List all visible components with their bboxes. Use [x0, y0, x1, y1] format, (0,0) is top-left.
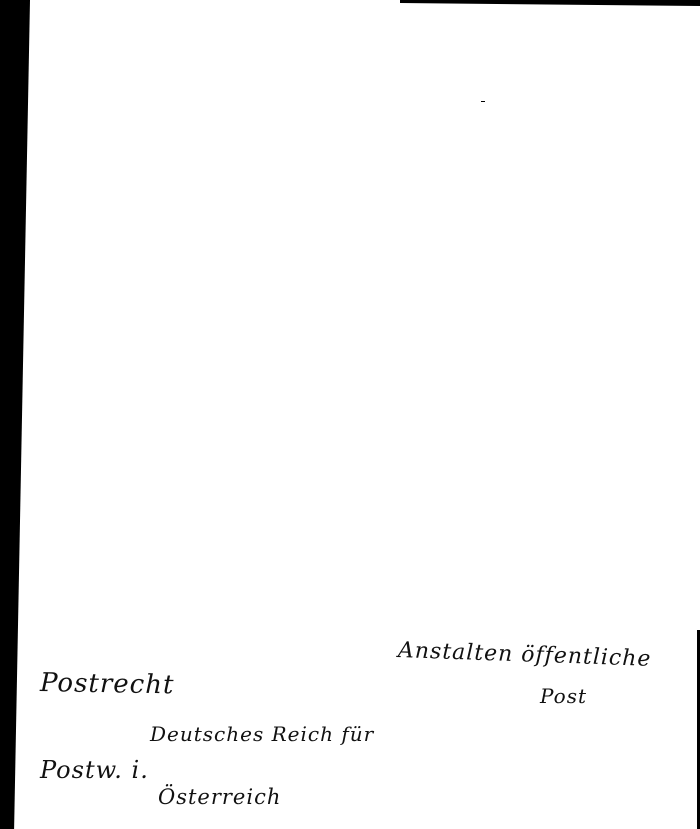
scanned-page: Anstalten öffentliche Post Postrecht Deu… — [0, 0, 700, 829]
scan-speck — [481, 101, 485, 102]
scan-border-top — [400, 0, 700, 6]
handwriting-deutsches-reich: Deutsches Reich für — [150, 722, 374, 746]
handwriting-postwesen: Postw. i. — [40, 756, 149, 784]
handwriting-postrecht: Postrecht — [40, 668, 175, 700]
handwriting-oesterreich: Österreich — [158, 785, 281, 809]
scan-border-left — [0, 0, 30, 829]
handwriting-anstalten: Anstalten öffentliche — [398, 638, 652, 672]
handwriting-post: Post — [540, 684, 587, 708]
